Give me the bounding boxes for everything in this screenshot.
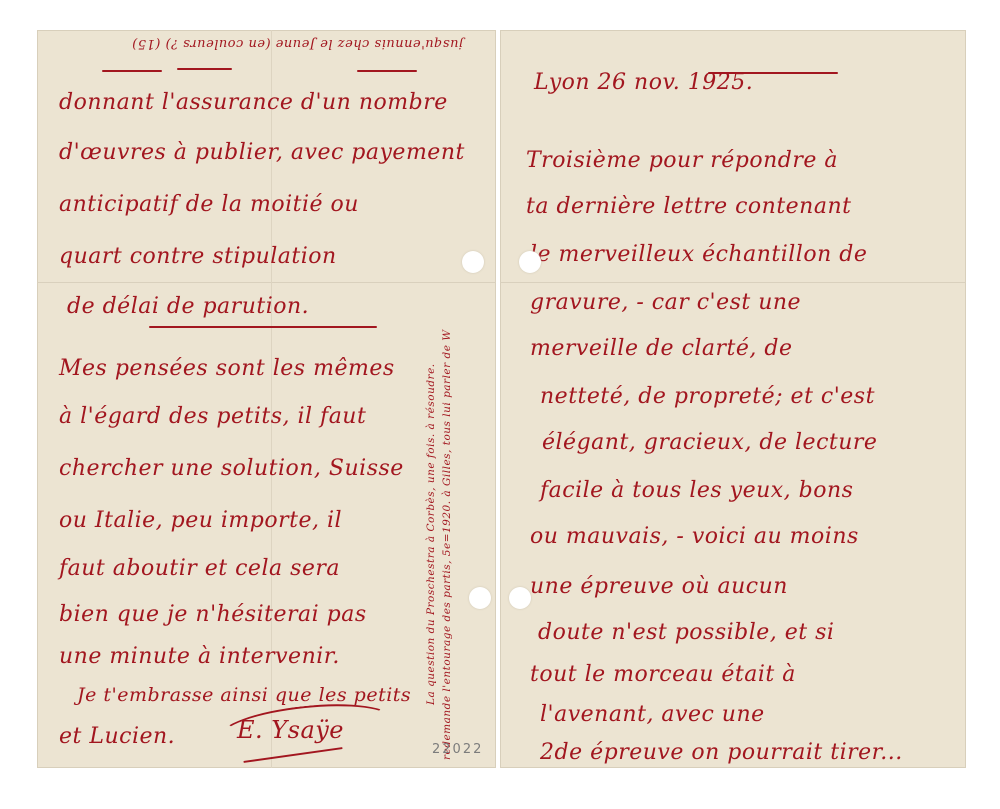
letter-page-right: Lyon 26 nov. 1925. Troisième pour répond… xyxy=(500,30,966,768)
letter-line: et Lucien. xyxy=(59,724,175,749)
letter-line: merveille de clarté, de xyxy=(530,336,793,361)
header-underline-1 xyxy=(102,70,162,72)
fold-crease-horizontal xyxy=(500,282,966,283)
upside-down-header-text: jusqu'ennuis chez le Jeune (en couleurs … xyxy=(165,36,463,51)
letter-page-left: jusqu'ennuis chez le Jeune (en couleurs … xyxy=(37,30,496,768)
letter-line: faut aboutir et cela sera xyxy=(59,556,340,581)
letter-line: à l'égard des petits, il faut xyxy=(59,404,366,429)
letter-line: bien que je n'hésiterai pas xyxy=(59,602,367,627)
letter-line: d'œuvres à publier, avec payement xyxy=(59,140,465,165)
section-divider xyxy=(149,326,377,328)
letter-line: Mes pensées sont les mêmes xyxy=(59,356,395,381)
margin-note-inner: redemande l'entourage des partis, 5e=192… xyxy=(441,40,453,760)
letter-line: élégant, gracieux, de lecture xyxy=(542,430,877,455)
margin-note-outer: La question du Proschestra à Corbès, une… xyxy=(425,363,437,705)
signature-flourish-top xyxy=(217,697,395,759)
letter-line: de délai de parution. xyxy=(67,294,309,319)
fold-crease-horizontal xyxy=(37,282,496,283)
letter-line: chercher une solution, Suisse xyxy=(59,456,404,481)
upside-down-header: jusqu'ennuis chez le Jeune (en couleurs … xyxy=(43,36,463,51)
letter-line: quart contre stipulation xyxy=(59,244,337,269)
punch-hole xyxy=(509,587,531,609)
header-underline-2 xyxy=(177,68,232,70)
punch-hole xyxy=(469,587,491,609)
letter-line: anticipatif de la moitié ou xyxy=(59,192,359,217)
letter-line: donnant l'assurance d'un nombre xyxy=(59,90,448,115)
letter-line: l'avenant, avec une xyxy=(540,702,765,727)
letter-line: Troisième pour répondre à xyxy=(526,148,838,173)
upside-down-header-number: (15) xyxy=(132,36,161,51)
letter-line: 2de épreuve on pourrait tirer... xyxy=(540,740,903,765)
letter-line: doute n'est possible, et si xyxy=(538,620,834,645)
dateline-flourish xyxy=(708,72,838,74)
letter-line: ou Italie, peu importe, il xyxy=(59,508,342,533)
letter-line: facile à tous les yeux, bons xyxy=(540,478,853,503)
dateline: Lyon 26 nov. 1925. xyxy=(534,70,753,95)
letter-line: une minute à intervenir. xyxy=(59,644,340,669)
letter-line: netteté, de propreté; et c'est xyxy=(540,384,875,409)
header-underline-3 xyxy=(357,70,417,72)
letter-line: Je t'embrasse ainsi que les petits xyxy=(77,684,411,706)
letter-line: ta dernière lettre contenant xyxy=(526,194,851,219)
punch-hole xyxy=(519,251,541,273)
letter-line: gravure, - car c'est une xyxy=(530,290,801,315)
letter-line: le merveilleux échantillon de xyxy=(530,242,867,267)
archive-number: 22022 xyxy=(432,742,483,757)
letter-line: tout le morceau était à xyxy=(530,662,796,687)
letter-line: une épreuve où aucun xyxy=(530,574,788,599)
punch-hole xyxy=(462,251,484,273)
letter-line: ou mauvais, - voici au moins xyxy=(530,524,859,549)
